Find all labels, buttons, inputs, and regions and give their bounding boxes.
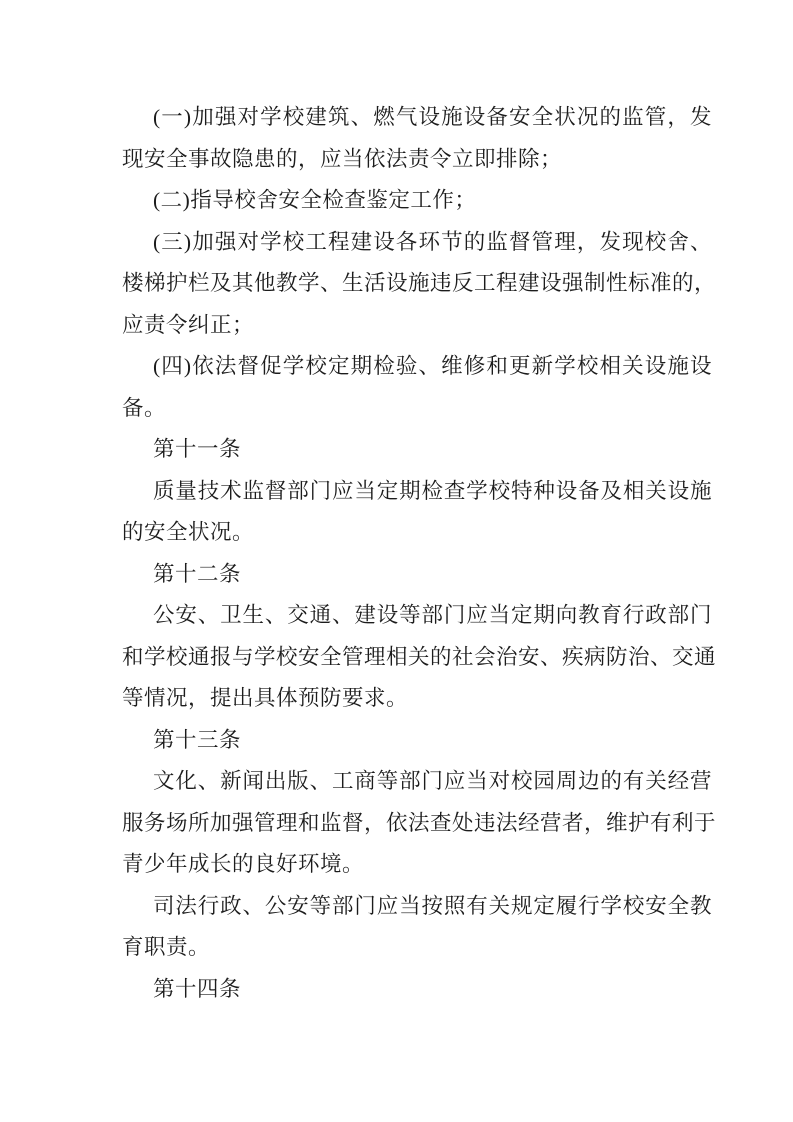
- text-line: (三)加强对学校工程建设各环节的监督管理，发现校舍、: [122, 222, 712, 264]
- text-line: 楼梯护栏及其他教学、生活设施违反工程建设强制性标准的，: [122, 263, 712, 305]
- text-line: 服务场所加强管理和监督，依法查处违法经营者，维护有利于: [122, 803, 712, 845]
- text-line: (二)指导校舍安全检查鉴定工作；: [122, 180, 712, 222]
- document-body: (一)加强对学校建筑、燃气设施设备安全状况的监管，发现安全事故隐患的，应当依法责…: [122, 97, 712, 1010]
- article-heading-line: 第十二条: [122, 554, 712, 596]
- text-line: 应责令纠正；: [122, 305, 712, 347]
- text-line: 育职责。: [122, 927, 712, 969]
- text-line: 文化、新闻出版、工商等部门应当对校园周边的有关经营: [122, 761, 712, 803]
- article-heading-line: 第十四条: [122, 969, 712, 1011]
- document-page: (一)加强对学校建筑、燃气设施设备安全状况的监管，发现安全事故隐患的，应当依法责…: [0, 0, 793, 1122]
- text-line: 的安全状况。: [122, 512, 712, 554]
- text-line: 和学校通报与学校安全管理相关的社会治安、疾病防治、交通: [122, 637, 712, 679]
- text-line: 公安、卫生、交通、建设等部门应当定期向教育行政部门: [122, 595, 712, 637]
- text-line: 备。: [122, 388, 712, 430]
- text-line: (四)依法督促学校定期检验、维修和更新学校相关设施设: [122, 346, 712, 388]
- text-line: 现安全事故隐患的，应当依法责令立即排除；: [122, 139, 712, 181]
- article-heading-line: 第十一条: [122, 429, 712, 471]
- text-line: (一)加强对学校建筑、燃气设施设备安全状况的监管，发: [122, 97, 712, 139]
- text-line: 质量技术监督部门应当定期检查学校特种设备及相关设施: [122, 471, 712, 513]
- text-line: 青少年成长的良好环境。: [122, 844, 712, 886]
- text-line: 等情况，提出具体预防要求。: [122, 678, 712, 720]
- text-line: 司法行政、公安等部门应当按照有关规定履行学校安全教: [122, 886, 712, 928]
- article-heading-line: 第十三条: [122, 720, 712, 762]
